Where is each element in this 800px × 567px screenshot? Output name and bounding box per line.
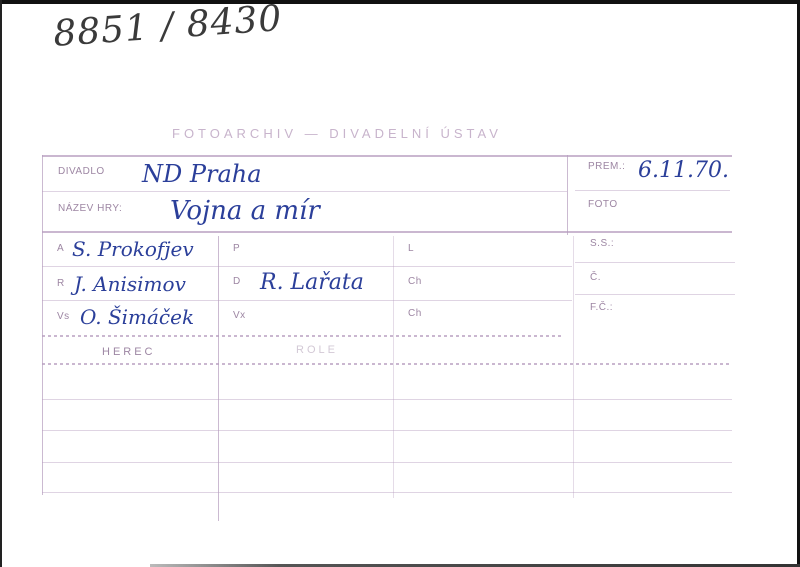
row-divider: [42, 462, 732, 463]
row-divider: [42, 399, 732, 400]
nazev-hry-value: Vojna a mír: [170, 196, 320, 226]
credit-label-c: Č.: [590, 272, 601, 283]
credit-value-director: J. Anisimov: [74, 272, 186, 296]
credit-label-author: A: [57, 243, 64, 254]
credit-label-ch: Ch: [408, 276, 422, 287]
credit-label-p: P: [233, 243, 240, 254]
row-divider: [42, 300, 572, 301]
row-divider: [42, 430, 732, 431]
col-divider: [567, 155, 568, 235]
credit-label-director: R: [57, 278, 65, 289]
nazev-hry-label: NÁZEV HRY:: [58, 203, 122, 214]
card-top-border: [42, 155, 732, 157]
col-divider: [393, 236, 394, 498]
col-divider: [42, 155, 43, 495]
cast-header-herec: HEREC: [102, 346, 156, 358]
credit-label-stage-design: Vs: [57, 311, 70, 322]
row-divider: [42, 335, 562, 337]
premiera-label: PREM.:: [588, 161, 625, 172]
credit-label-d: D: [233, 276, 241, 287]
row-divider: [575, 294, 735, 295]
cast-header-role: ROLE: [296, 344, 338, 356]
row-divider: [42, 492, 732, 493]
archive-number: 8851 / 8430: [52, 0, 284, 55]
credit-value-stage-design: O. Šimáček: [80, 305, 194, 329]
row-divider: [42, 363, 732, 365]
credit-value-author: S. Prokofjev: [72, 237, 194, 261]
row-divider: [575, 262, 735, 263]
col-divider: [218, 236, 219, 521]
row-divider: [42, 191, 567, 192]
credit-label-l: L: [408, 243, 414, 254]
foto-label: FOTO: [588, 199, 618, 210]
row-divider: [42, 266, 572, 267]
divadlo-label: DIVADLO: [58, 166, 105, 177]
credit-label-vx: Vx: [233, 310, 246, 321]
premiera-value: 6.11.70.: [638, 158, 729, 183]
divadlo-value: ND Praha: [142, 160, 262, 188]
stamp-header: FOTOARCHIV — DIVADELNÍ ÚSTAV: [172, 126, 502, 141]
credit-label-ch2: Ch: [408, 308, 422, 319]
col-divider: [573, 236, 574, 498]
row-divider: [42, 231, 732, 233]
scan-border-left: [0, 0, 2, 567]
credit-label-ss: S.S.:: [590, 238, 614, 249]
scan-border-top: [0, 0, 800, 4]
credit-label-fc: F.Č.:: [590, 302, 613, 313]
row-divider: [575, 190, 730, 191]
credit-value-d: R. Lařata: [260, 270, 364, 295]
